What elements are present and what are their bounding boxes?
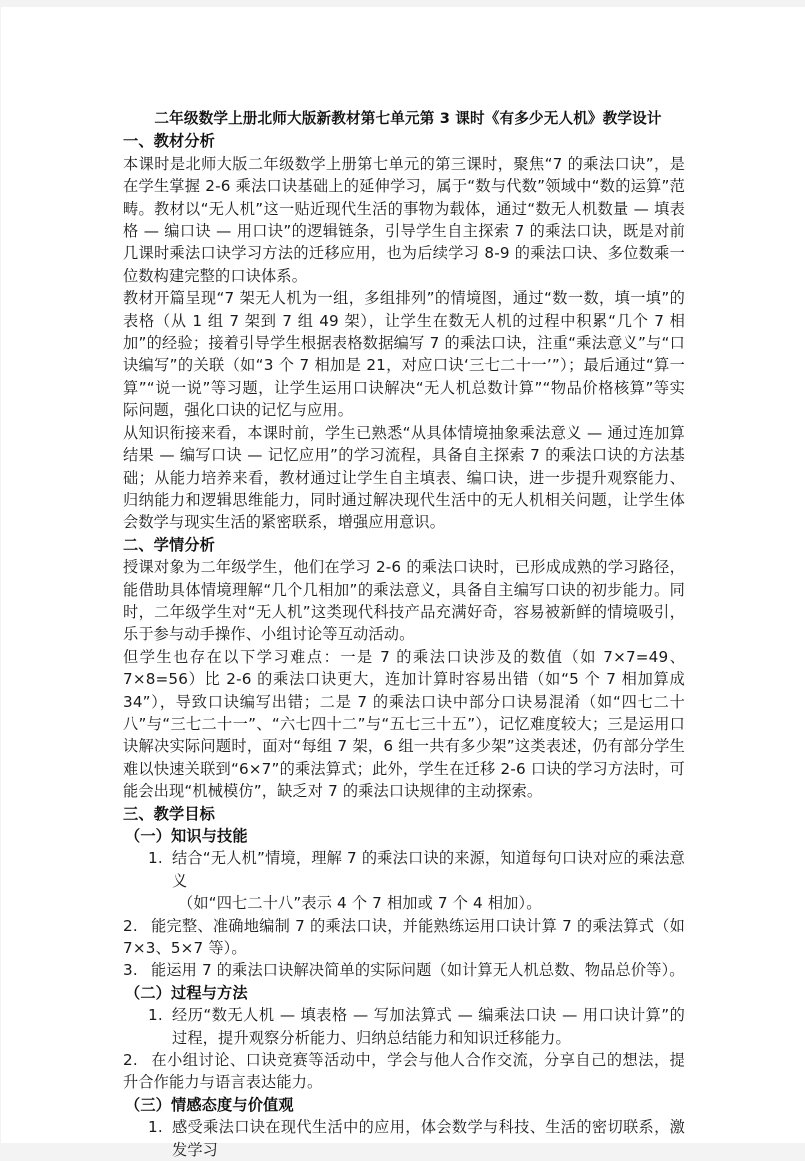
list-item: 2.能完整、准确地编制 7 的乘法口诀，并能熟练运用口诀计算 7 的乘法算式（如… <box>123 915 685 960</box>
list-item-continuation: （如“四七二十八”表示 4 个 7 相加或 7 个 4 相加）。 <box>172 892 685 914</box>
paragraph: 教材开篇呈现“7 架无人机为一组，多组排列”的情境图，通过“数一数，填一填”的表… <box>123 287 685 421</box>
list-item: 1. 感受乘法口诀在现代生活中的应用，体会数学与科技、生活的密切联系，激发学习 <box>123 1116 685 1150</box>
list-item: 2.在小组讨论、口诀竞赛等活动中，学会与他人合作交流，分享自己的想法，提升合作能… <box>123 1049 685 1094</box>
subsection-heading-knowledge-skills: （一）知识与技能 <box>123 825 685 847</box>
paragraph: 但学生也存在以下学习难点：一是 7 的乘法口诀涉及的数值（如 7×7=49、7×… <box>123 646 685 803</box>
paragraph: 本课时是北师大版二年级数学上册第七单元的第三课时，聚焦“7 的乘法口诀”，是在学… <box>123 153 685 287</box>
subsection-heading-attitudes-values: （三）情感态度与价值观 <box>123 1094 685 1116</box>
list-item-text: 能完整、准确地编制 7 的乘法口诀，并能熟练运用口诀计算 7 的乘法算式（如 7… <box>123 917 685 957</box>
list-item: 1. 经历“数无人机 — 填表格 — 写加法算式 — 编乘法口诀 — 用口诀计算… <box>123 1004 685 1049</box>
section-heading-textbook-analysis: 一、教材分析 <box>123 130 685 152</box>
document-title: 二年级数学上册北师大版新教材第七单元第 3 课时《有多少无人机》教学设计 <box>123 108 685 130</box>
section-heading-teaching-objectives: 三、教学目标 <box>123 803 685 825</box>
list-item-text: 感受乘法口诀在现代生活中的应用，体会数学与科技、生活的密切联系，激发学习 <box>172 1118 685 1150</box>
subsection-heading-process-methods: （二）过程与方法 <box>123 982 685 1004</box>
list-item-text: 结合“无人机”情境，理解 7 的乘法口诀的来源，知道每句口诀对应的乘法意义 <box>172 849 685 889</box>
list-item-number: 1. <box>148 1116 163 1138</box>
section-heading-student-analysis: 二、学情分析 <box>123 534 685 556</box>
list-item-continuation: 程，提升观察分析能力、归纳总结能力和知识迁移能力。 <box>187 1029 570 1047</box>
list-item-text: 能运用 7 的乘法口诀解决简单的实际问题（如计算无人机总数、物品总价等）。 <box>151 961 685 979</box>
document-body: 二年级数学上册北师大版新教材第七单元第 3 课时《有多少无人机》教学设计 一、教… <box>123 108 685 1150</box>
list-item-text: 在小组讨论、口诀竞赛等活动中，学会与他人合作交流，分享自己的想法，提升合作能力与… <box>123 1051 685 1091</box>
list-item-number: 2. <box>123 1049 151 1071</box>
paragraph: 从知识衔接来看，本课时前，学生已熟悉“从具体情境抽象乘法意义 — 通过连加算结果… <box>123 422 685 534</box>
list-item-number: 3. <box>123 959 151 981</box>
document-page: 二年级数学上册北师大版新教材第七单元第 3 课时《有多少无人机》教学设计 一、教… <box>1 7 805 1143</box>
list-item: 1. 结合“无人机”情境，理解 7 的乘法口诀的来源，知道每句口诀对应的乘法意义… <box>123 847 685 914</box>
list-item-number: 2. <box>123 915 151 937</box>
list-item-number: 1. <box>148 847 163 869</box>
list-item-number: 1. <box>148 1004 163 1026</box>
list-item: 3.能运用 7 的乘法口诀解决简单的实际问题（如计算无人机总数、物品总价等）。 <box>123 959 685 981</box>
paragraph: 授课对象为二年级学生，他们在学习 2-6 的乘法口诀时，已形成成熟的学习路径，能… <box>123 556 685 646</box>
